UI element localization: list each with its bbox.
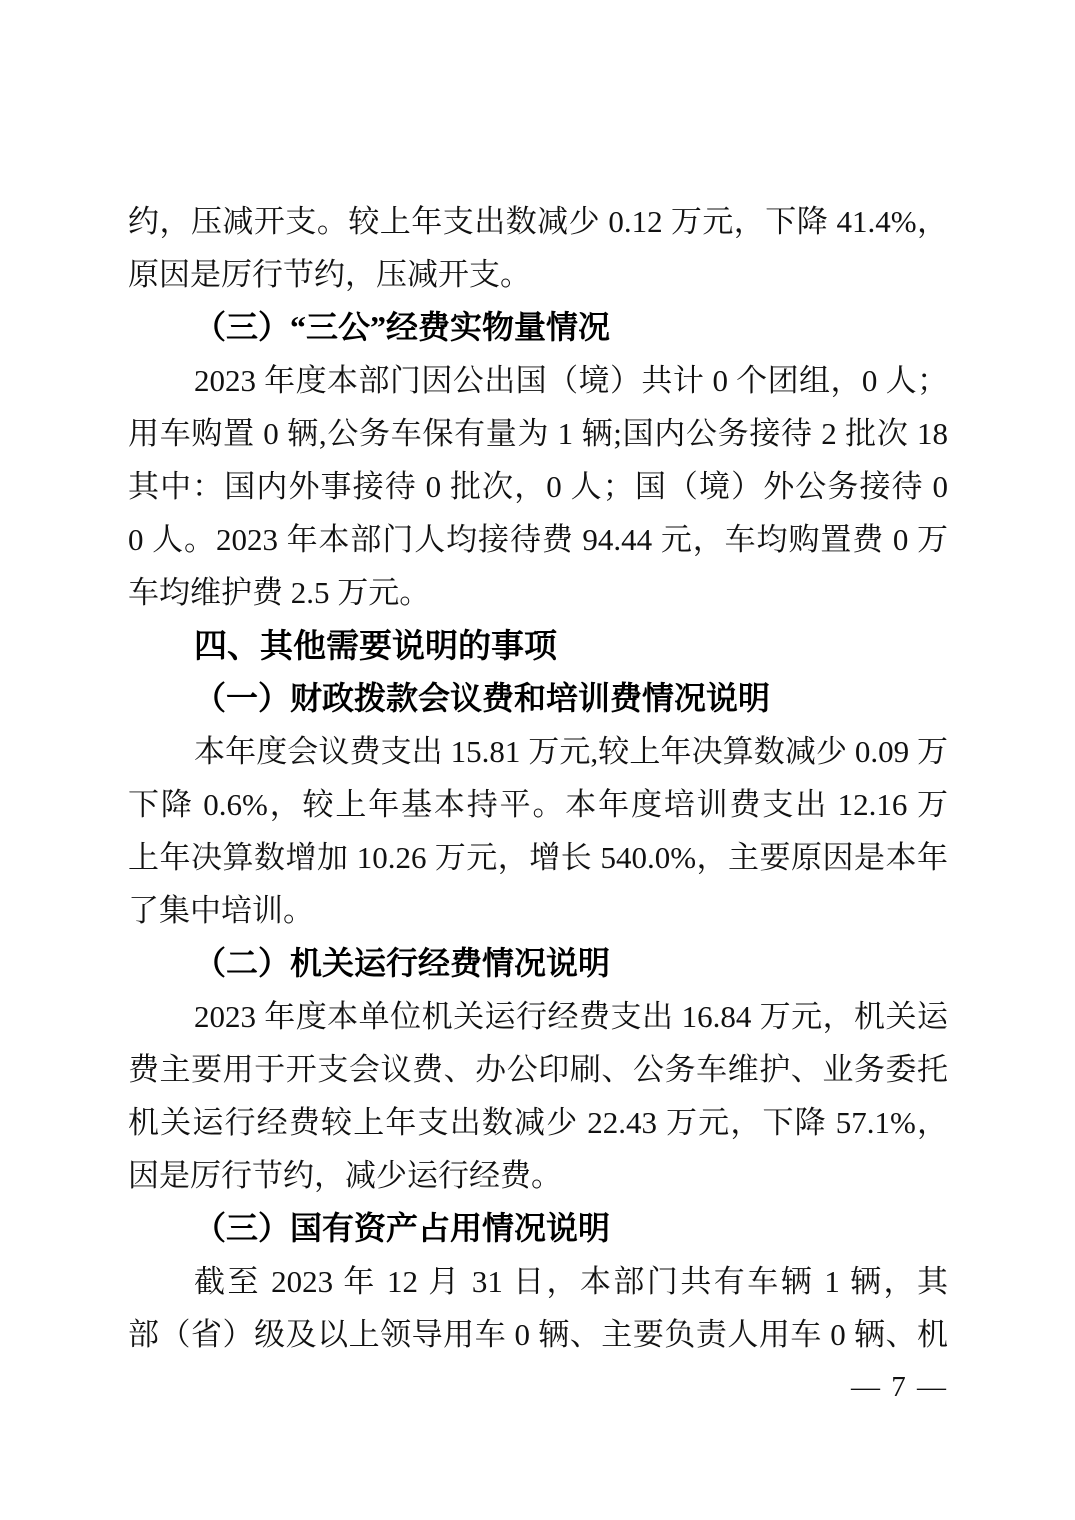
subsection-heading-4-1: （一）财政拨款会议费和培训费情况说明	[128, 672, 948, 725]
paragraph-line: 约，压减开支。较上年支出数减少 0.12 万元，下降 41.4%，主要	[128, 195, 948, 248]
paragraph-line: 其中：国内外事接待 0 批次，0 人；国（境）外公务接待 0 批次，	[128, 460, 948, 513]
page-number: — 7 —	[128, 1361, 948, 1414]
paragraph-line: 车均维护费 2.5 万元。	[128, 566, 948, 619]
subsection-heading-4-3: （三）国有资产占用情况说明	[128, 1202, 948, 1255]
paragraph-line: 2023 年度本部门因公出国（境）共计 0 个团组，0 人；公务	[128, 354, 948, 407]
section-heading-4: 四、其他需要说明的事项	[128, 619, 948, 672]
paragraph-line: 部（省）级及以上领导用车 0 辆、主要负责人用车 0 辆、机要通	[128, 1308, 948, 1361]
paragraph-line: 上年决算数增加 10.26 万元，增长 540.0%，主要原因是本年增加	[128, 831, 948, 884]
paragraph-line: 因是厉行节约，减少运行经费。	[128, 1149, 948, 1202]
subsection-heading-4-2: （二）机关运行经费情况说明	[128, 937, 948, 990]
paragraph-line: 截至 2023 年 12 月 31 日，本部门共有车辆 1 辆，其中，副	[128, 1255, 948, 1308]
subsection-heading-3-3: （三）“三公”经费实物量情况	[128, 301, 948, 354]
paragraph-line: 2023 年度本单位机关运行经费支出 16.84 万元，机关运行经	[128, 990, 948, 1043]
paragraph-line: 费主要用于开支会议费、办公印刷、公务车维护、业务委托费等。	[128, 1043, 948, 1096]
paragraph-line: 用车购置 0 辆,公务车保有量为 1 辆;国内公务接待 2 批次 18 人，	[128, 407, 948, 460]
paragraph-line: 了集中培训。	[128, 884, 948, 937]
paragraph-line: 机关运行经费较上年支出数减少 22.43 万元，下降 57.1%，主要原	[128, 1096, 948, 1149]
document-page: 约，压减开支。较上年支出数减少 0.12 万元，下降 41.4%，主要 原因是厉…	[0, 0, 1075, 1520]
paragraph-line: 0 人。2023 年本部门人均接待费 94.44 元，车均购置费 0 万元，	[128, 513, 948, 566]
paragraph-line: 本年度会议费支出 15.81 万元,较上年决算数减少 0.09 万元，	[128, 725, 948, 778]
paragraph-line: 下降 0.6%，较上年基本持平。本年度培训费支出 12.16 万元，较	[128, 778, 948, 831]
paragraph-line: 原因是厉行节约，压减开支。	[128, 248, 948, 301]
